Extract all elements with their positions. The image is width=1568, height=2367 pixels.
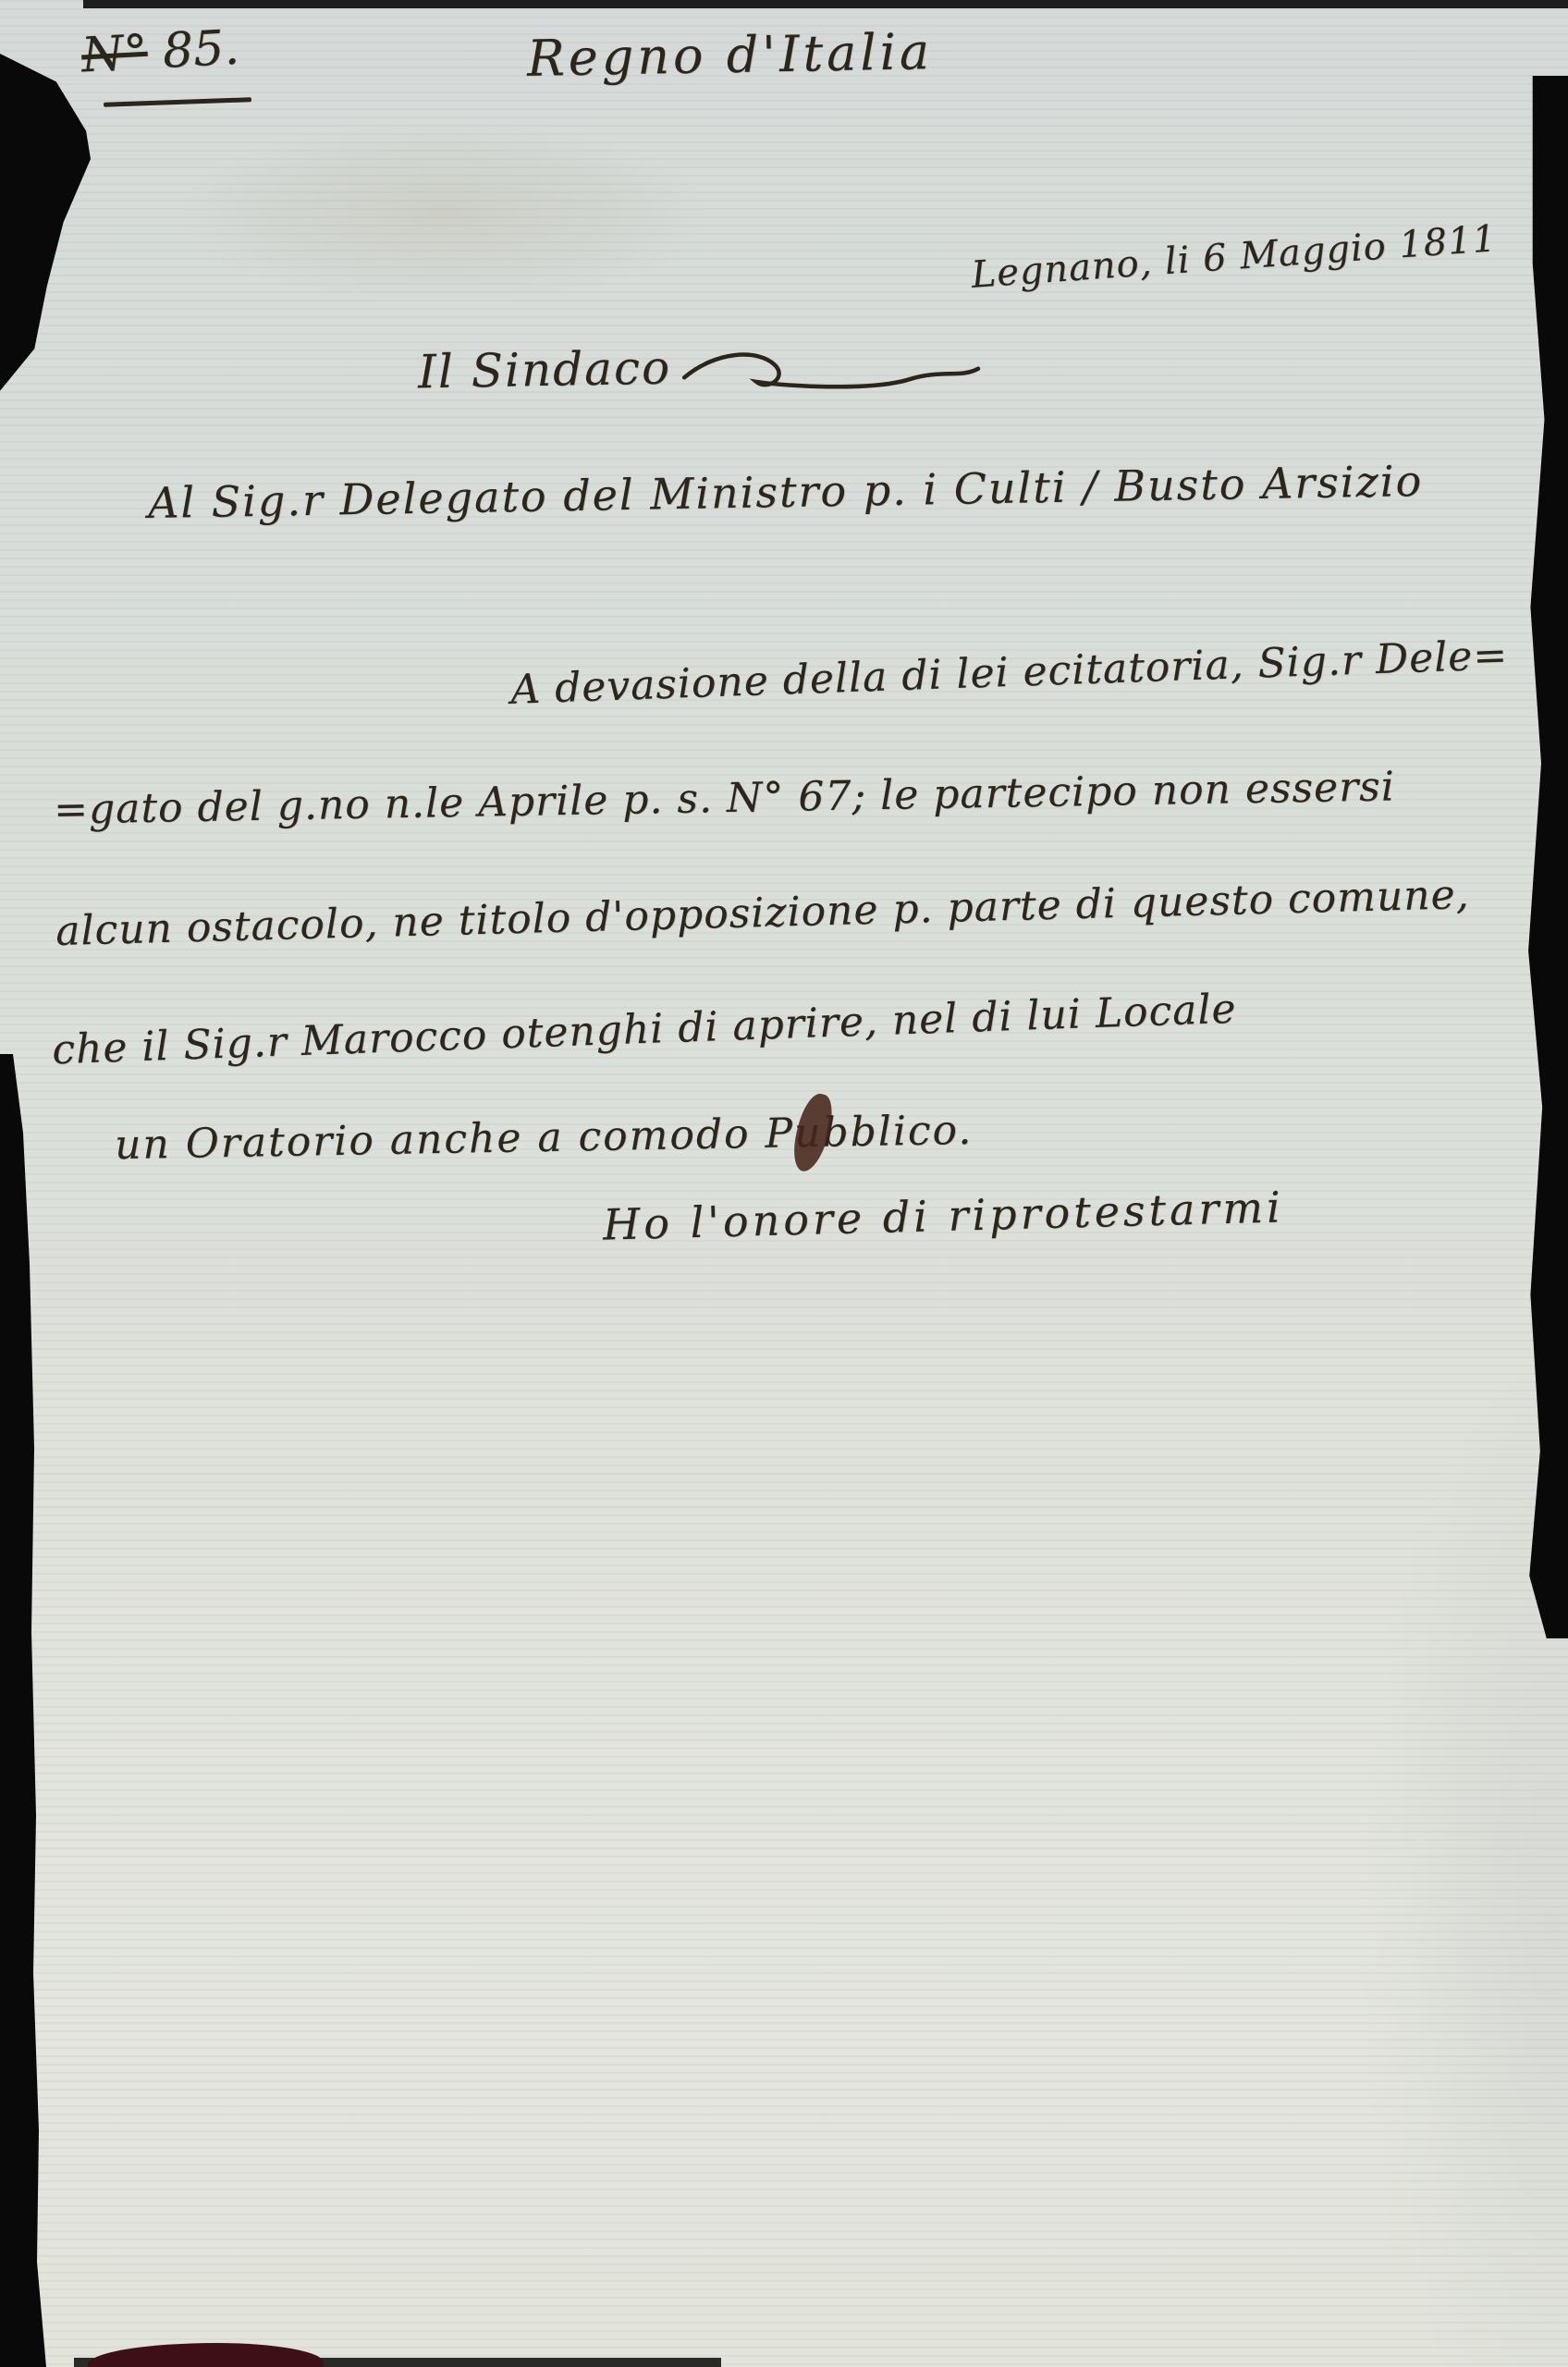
scanned-letter-page: N° 85. Regno d'Italia Legnano, li 6 Magg… [0,0,1568,2367]
document-number-value: 85. [161,20,240,80]
scan-edge-top [83,0,1568,8]
sender-title: Il Sindaco [418,336,985,401]
kingdom-header: Regno d'Italia [526,22,933,88]
sender-title-text: Il Sindaco [418,341,672,399]
document-number-prefix: N° [80,25,150,84]
flourish-swash [679,341,985,397]
document-number: N° 85. [80,20,241,84]
